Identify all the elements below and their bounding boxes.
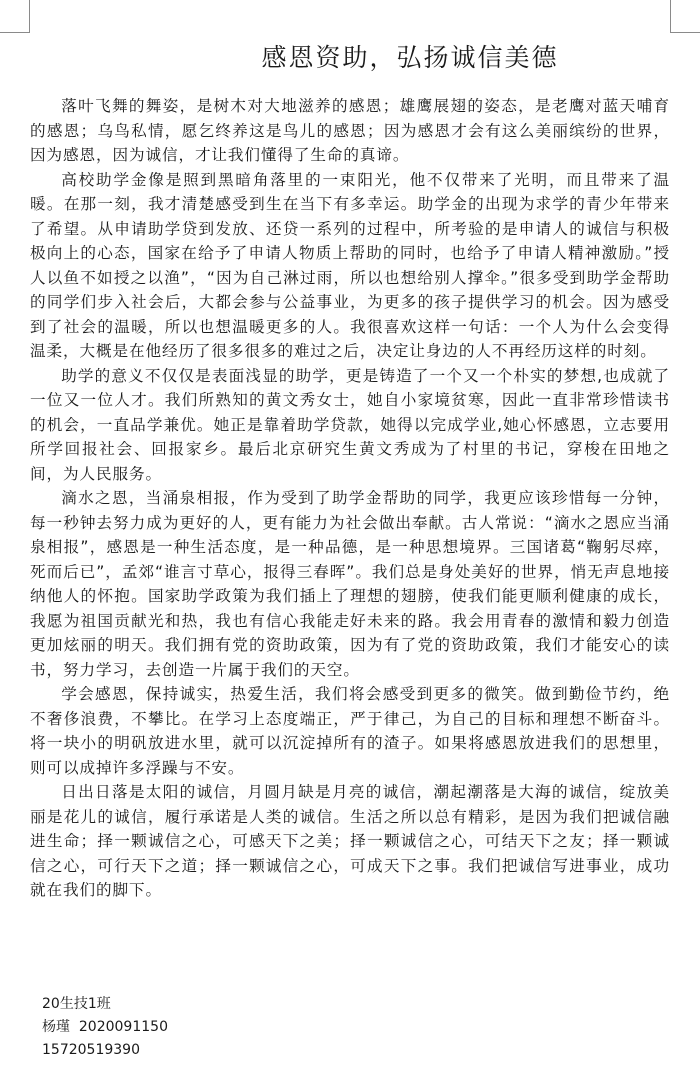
signature-phone: 15720519390 <box>42 1039 168 1062</box>
signature-block: 20生技1班 杨瑾 2020091150 15720519390 <box>42 993 168 1062</box>
paragraph-3: 助学的意义不仅仅是表面浅显的助学，更是铸造了一个又一个朴实的梦想,也成就了一位又… <box>30 364 670 487</box>
signature-name-id: 杨瑾 2020091150 <box>42 1016 168 1039</box>
paragraph-2: 高校助学金像是照到黑暗角落里的一束阳光，他不仅带来了光明，而且带来了温暖。在那一… <box>30 168 670 364</box>
paragraph-6: 日出日落是太阳的诚信，月圆月缺是月亮的诚信，潮起潮落是大海的诚信，绽放美丽是花儿… <box>30 780 670 903</box>
page-corner-mark-top-left <box>0 0 30 33</box>
paragraph-5: 学会感恩，保持诚实，热爱生活，我们将会感受到更多的微笑。做到勤俭节约，绝不奢侈浪… <box>30 682 670 780</box>
document-body: 落叶飞舞的舞姿，是树木对大地滋养的感恩；雄鹰展翅的姿态，是老鹰对蓝天哺育的感恩；… <box>30 94 670 903</box>
signature-class: 20生技1班 <box>42 993 168 1016</box>
paragraph-4: 滴水之恩，当涌泉相报，作为受到了助学金帮助的同学，我更应该珍惜每一分钟，每一秒钟… <box>30 486 670 682</box>
page-corner-mark-top-right <box>670 0 700 33</box>
document-title: 感恩资助，弘扬诚信美德 <box>0 38 700 74</box>
paragraph-1: 落叶飞舞的舞姿，是树木对大地滋养的感恩；雄鹰展翅的姿态，是老鹰对蓝天哺育的感恩；… <box>30 94 670 168</box>
